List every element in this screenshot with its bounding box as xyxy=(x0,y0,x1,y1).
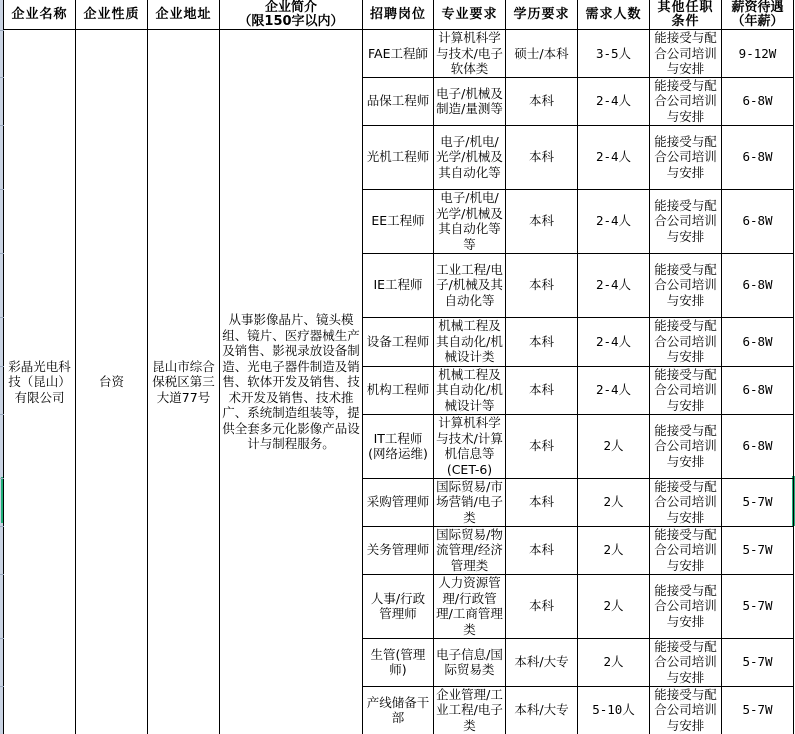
recruitment-table: 企业名称 企业性质 企业地址 企业简介 （限150字以内） 招聘岗位 专业要求 … xyxy=(3,0,794,734)
salary-cell[interactable]: 5-7W xyxy=(722,686,794,734)
education-cell[interactable]: 本科 xyxy=(506,478,578,526)
salary-cell[interactable]: 5-7W xyxy=(722,478,794,526)
conditions-cell[interactable]: 能接受与配合公司培训与安排 xyxy=(650,638,722,686)
education-cell[interactable]: 本科 xyxy=(506,125,578,189)
major-cell[interactable]: 企业管理/工业工程/电子类 xyxy=(434,686,506,734)
salary-cell[interactable]: 6-8W xyxy=(722,189,794,253)
headcount-cell[interactable]: 2-4人 xyxy=(578,253,650,317)
row-divider-tick xyxy=(0,526,4,527)
salary-cell[interactable]: 6-8W xyxy=(722,317,794,366)
major-cell[interactable]: 电子/机电/光学/机械及其自动化等等 xyxy=(434,189,506,253)
salary-cell[interactable]: 6-8W xyxy=(722,125,794,189)
position-cell[interactable]: 品保工程师 xyxy=(363,77,434,125)
major-cell[interactable]: 国际贸易/市场营销/电子类 xyxy=(434,478,506,526)
headcount-cell[interactable]: 2人 xyxy=(578,526,650,574)
conditions-cell[interactable]: 能接受与配合公司培训与安排 xyxy=(650,686,722,734)
headcount-cell[interactable]: 3-5人 xyxy=(578,30,650,78)
major-cell[interactable]: 国际贸易/物流管理/经济管理类 xyxy=(434,526,506,574)
education-cell[interactable]: 本科 xyxy=(506,414,578,478)
row-divider-tick xyxy=(0,30,4,31)
headcount-cell[interactable]: 2-4人 xyxy=(578,189,650,253)
header-headcount[interactable]: 需求人数 xyxy=(578,0,650,30)
company-name-cell[interactable]: 彩晶光电科技（昆山）有限公司 xyxy=(4,30,76,734)
education-cell[interactable]: 本科/大专 xyxy=(506,638,578,686)
salary-cell[interactable]: 6-8W xyxy=(722,77,794,125)
major-cell[interactable]: 人力资源管理/行政管理/工商管理类 xyxy=(434,574,506,638)
headcount-cell[interactable]: 2-4人 xyxy=(578,366,650,414)
conditions-cell[interactable]: 能接受与配合公司培训与安排 xyxy=(650,253,722,317)
row-divider-tick xyxy=(0,253,4,254)
major-cell[interactable]: 计算机科学与技术/计算机信息等 (CET-6) xyxy=(434,414,506,478)
education-cell[interactable]: 本科 xyxy=(506,526,578,574)
conditions-cell[interactable]: 能接受与配合公司培训与安排 xyxy=(650,125,722,189)
conditions-cell[interactable]: 能接受与配合公司培训与安排 xyxy=(650,478,722,526)
position-cell[interactable]: 产线储备干部 xyxy=(363,686,434,734)
headcount-cell[interactable]: 5-10人 xyxy=(578,686,650,734)
row-divider-tick xyxy=(0,686,4,687)
header-salary[interactable]: 薪资待遇 （年薪） xyxy=(722,0,794,30)
header-company-intro[interactable]: 企业简介 （限150字以内） xyxy=(220,0,363,30)
header-major[interactable]: 专业要求 xyxy=(434,0,506,30)
major-cell[interactable]: 电子/机电/光学/机械及其自动化等 xyxy=(434,125,506,189)
conditions-cell[interactable]: 能接受与配合公司培训与安排 xyxy=(650,77,722,125)
headcount-cell[interactable]: 2人 xyxy=(578,574,650,638)
header-company-name[interactable]: 企业名称 xyxy=(4,0,76,30)
row-divider-tick xyxy=(0,574,4,575)
row-divider-tick xyxy=(0,77,4,78)
company-address-cell[interactable]: 昆山市综合保税区第三大道77号 xyxy=(148,30,220,734)
headcount-cell[interactable]: 2人 xyxy=(578,478,650,526)
row-divider-tick xyxy=(0,638,4,639)
row-divider-tick xyxy=(0,366,4,367)
salary-cell[interactable]: 5-7W xyxy=(722,638,794,686)
salary-cell[interactable]: 5-7W xyxy=(722,526,794,574)
header-company-type[interactable]: 企业性质 xyxy=(76,0,148,30)
row-divider-tick xyxy=(0,414,4,415)
position-cell[interactable]: IT工程师 (网络运维) xyxy=(363,414,434,478)
education-cell[interactable]: 硕士/本科 xyxy=(506,30,578,78)
conditions-cell[interactable]: 能接受与配合公司培训与安排 xyxy=(650,574,722,638)
company-intro-cell[interactable]: 从事影像晶片、镜头模组、镜片、医疗器械生产及销售、影视录放设备制造、光电子器件制… xyxy=(220,30,363,734)
education-cell[interactable]: 本科 xyxy=(506,77,578,125)
position-cell[interactable]: 光机工程师 xyxy=(363,125,434,189)
headcount-cell[interactable]: 2人 xyxy=(578,638,650,686)
education-cell[interactable]: 本科 xyxy=(506,366,578,414)
position-cell[interactable]: 采购管理师 xyxy=(363,478,434,526)
major-cell[interactable]: 机械工程及其自动化/机械设计类 xyxy=(434,317,506,366)
position-cell[interactable]: 关务管理师 xyxy=(363,526,434,574)
conditions-cell[interactable]: 能接受与配合公司培训与安排 xyxy=(650,189,722,253)
table-body: 彩晶光电科技（昆山）有限公司台资昆山市综合保税区第三大道77号从事影像晶片、镜头… xyxy=(4,30,794,734)
salary-cell[interactable]: 9-12W xyxy=(722,30,794,78)
major-cell[interactable]: 计算机科学与技术/电子软体类 xyxy=(434,30,506,78)
position-cell[interactable]: 机构工程师 xyxy=(363,366,434,414)
headcount-cell[interactable]: 2-4人 xyxy=(578,77,650,125)
position-cell[interactable]: IE工程师 xyxy=(363,253,434,317)
education-cell[interactable]: 本科 xyxy=(506,317,578,366)
position-cell[interactable]: EE工程师 xyxy=(363,189,434,253)
major-cell[interactable]: 电子/机械及制造/量测等 xyxy=(434,77,506,125)
education-cell[interactable]: 本科 xyxy=(506,253,578,317)
position-cell[interactable]: FAE工程師 xyxy=(363,30,434,78)
salary-cell[interactable]: 6-8W xyxy=(722,414,794,478)
header-company-address[interactable]: 企业地址 xyxy=(148,0,220,30)
headcount-cell[interactable]: 2-4人 xyxy=(578,317,650,366)
table-row: 彩晶光电科技（昆山）有限公司台资昆山市综合保税区第三大道77号从事影像晶片、镜头… xyxy=(4,30,794,78)
header-education[interactable]: 学历要求 xyxy=(506,0,578,30)
conditions-cell[interactable]: 能接受与配合公司培训与安排 xyxy=(650,317,722,366)
header-position[interactable]: 招聘岗位 xyxy=(363,0,434,30)
position-cell[interactable]: 设备工程师 xyxy=(363,317,434,366)
position-cell[interactable]: 人事/行政 管理师 xyxy=(363,574,434,638)
row-divider-tick xyxy=(0,189,4,190)
major-cell[interactable]: 工业工程/电子/机械及其自动化等 xyxy=(434,253,506,317)
row-divider-tick xyxy=(0,317,4,318)
education-cell[interactable]: 本科 xyxy=(506,574,578,638)
salary-cell[interactable]: 6-8W xyxy=(722,366,794,414)
company-type-cell[interactable]: 台资 xyxy=(76,30,148,734)
row-divider-tick xyxy=(0,478,4,479)
conditions-cell[interactable]: 能接受与配合公司培训与安排 xyxy=(650,30,722,78)
salary-cell[interactable]: 6-8W xyxy=(722,253,794,317)
header-row: 企业名称 企业性质 企业地址 企业简介 （限150字以内） 招聘岗位 专业要求 … xyxy=(4,0,794,30)
position-cell[interactable]: 生管(管理师) xyxy=(363,638,434,686)
headcount-cell[interactable]: 2人 xyxy=(578,414,650,478)
major-cell[interactable]: 电子信息/国际贸易类 xyxy=(434,638,506,686)
conditions-cell[interactable]: 能接受与配合公司培训与安排 xyxy=(650,526,722,574)
row-divider-tick xyxy=(0,125,4,126)
education-cell[interactable]: 本科 xyxy=(506,189,578,253)
conditions-cell[interactable]: 能接受与配合公司培训与安排 xyxy=(650,366,722,414)
major-cell[interactable]: 机械工程及其自动化/机械设计等 xyxy=(434,366,506,414)
headcount-cell[interactable]: 2-4人 xyxy=(578,125,650,189)
education-cell[interactable]: 本科/大专 xyxy=(506,686,578,734)
header-other-conditions[interactable]: 其他任职 条件 xyxy=(650,0,722,30)
conditions-cell[interactable]: 能接受与配合公司培训与安排 xyxy=(650,414,722,478)
salary-cell[interactable]: 5-7W xyxy=(722,574,794,638)
